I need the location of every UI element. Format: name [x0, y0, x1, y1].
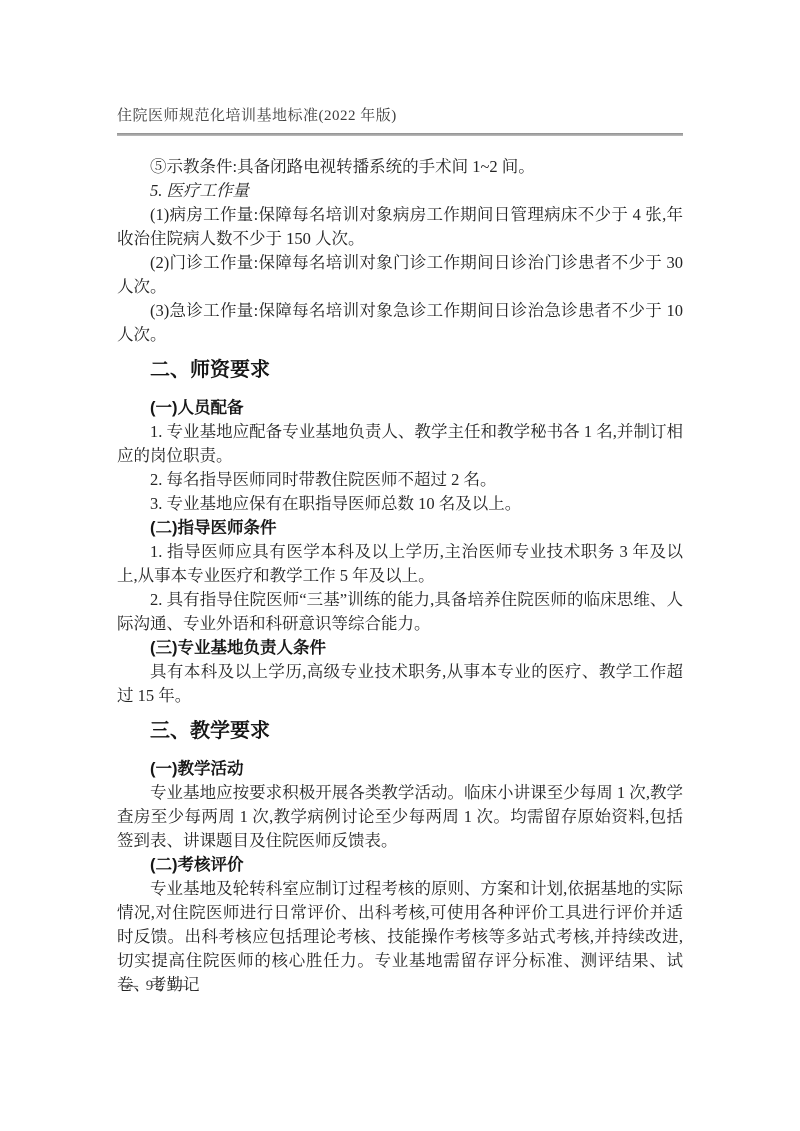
subheading-staffing: (一)人员配备 [117, 396, 683, 420]
subheading-assessment-evaluation: (二)考核评价 [117, 853, 683, 877]
paragraph-ward-workload: (1)病房工作量:保障每名培训对象病房工作期间日管理病床不少于 4 张,年收治住… [117, 203, 683, 251]
page-number: — 92 — [123, 978, 188, 994]
paragraph-outpatient-workload: (2)门诊工作量:保障每名培训对象门诊工作期间日诊治门诊患者不少于 30 人次。 [117, 251, 683, 299]
paragraph-supervisor-abilities: 2. 具有指导住院医师“三基”训练的能力,具备培养住院医师的临床思维、人际沟通、… [117, 588, 683, 636]
subheading-teaching-activities: (一)教学活动 [117, 757, 683, 781]
paragraph-base-director-criteria: 具有本科及以上学历,高级专业技术职务,从事本专业的医疗、教学工作超过 15 年。 [117, 660, 683, 708]
running-header: 住院医师规范化培训基地标准(2022 年版) [117, 106, 683, 136]
paragraph-demo-teaching-conditions: ⑤示教条件:具备闭路电视转播系统的手术间 1~2 间。 [117, 155, 683, 179]
section-heading-faculty-requirements: 二、师资要求 [117, 355, 683, 385]
paragraph-staffing-2: 2. 每名指导医师同时带教住院医师不超过 2 名。 [117, 468, 683, 492]
document-title: 住院医师规范化培训基地标准(2022 年版) [117, 106, 683, 127]
paragraph-supervisor-qualifications: 1. 指导医师应具有医学本科及以上学历,主治医师专业技术职务 3 年及以上,从事… [117, 540, 683, 588]
item-heading-medical-workload: 5. 医疗工作量 [117, 179, 683, 203]
page-body: ⑤示教条件:具备闭路电视转播系统的手术间 1~2 间。 5. 医疗工作量 (1)… [117, 155, 683, 997]
paragraph-staffing-3: 3. 专业基地应保有在职指导医师总数 10 名及以上。 [117, 492, 683, 516]
page-footer: — 92 — [123, 976, 188, 996]
subheading-base-director-criteria: (三)专业基地负责人条件 [117, 636, 683, 660]
section-heading-teaching-requirements: 三、教学要求 [117, 716, 683, 746]
paragraph-assessment-evaluation: 专业基地及轮转科室应制订过程考核的原则、方案和计划,依据基地的实际情况,对住院医… [117, 877, 683, 997]
paragraph-staffing-1: 1. 专业基地应配备专业基地负责人、教学主任和教学秘书各 1 名,并制订相应的岗… [117, 420, 683, 468]
header-divider [117, 133, 683, 136]
paragraph-emergency-workload: (3)急诊工作量:保障每名培训对象急诊工作期间日诊治急诊患者不少于 10 人次。 [117, 299, 683, 347]
paragraph-teaching-activities: 专业基地应按要求积极开展各类教学活动。临床小讲课至少每周 1 次,教学查房至少每… [117, 781, 683, 853]
subheading-supervisor-criteria: (二)指导医师条件 [117, 516, 683, 540]
document-page: 住院医师规范化培训基地标准(2022 年版) ⑤示教条件:具备闭路电视转播系统的… [0, 0, 800, 1131]
